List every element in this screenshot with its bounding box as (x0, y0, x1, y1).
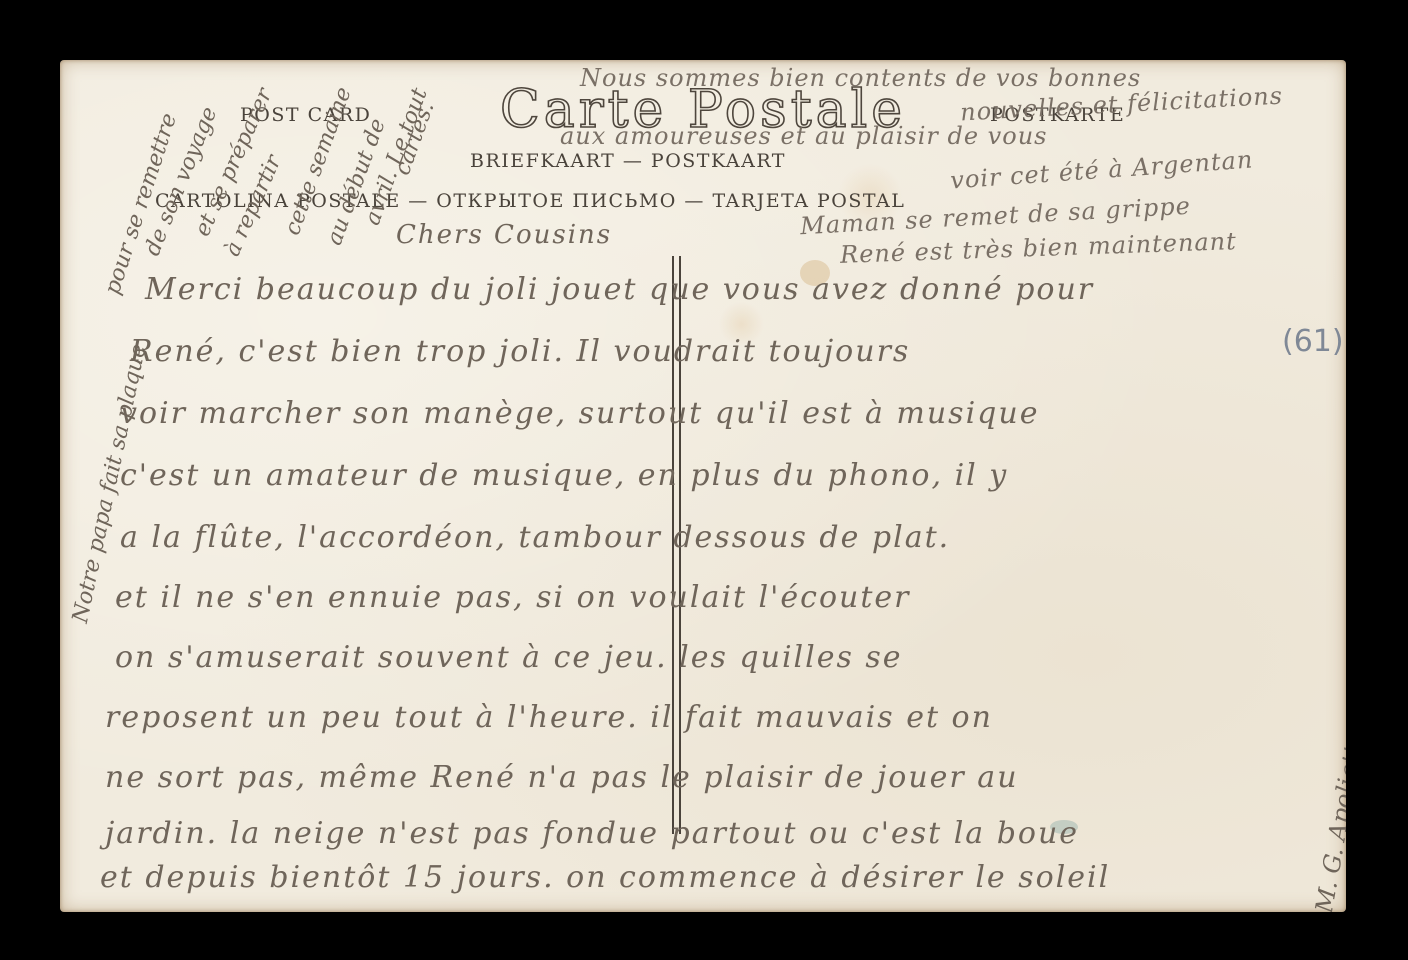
hw-body-line-7: on s'amuserait souvent à ce jeu. les qui… (115, 640, 903, 675)
hw-body-line-6: et il ne s'en ennuie pas, si on voulait … (115, 580, 910, 615)
postcard-back: Carte Postale POST CARD POSTKARTE BRIEFK… (60, 60, 1346, 912)
hw-body-line-5: a la flûte, l'accordéon, tambour dessous… (120, 520, 950, 555)
pencil-annotation: (61) (1282, 324, 1344, 359)
hw-body-line-4: c'est un amateur de musique, en plus du … (120, 458, 1008, 493)
hw-right-margin-signature: M. G. Apoliatte (1310, 729, 1346, 912)
hw-body-line-11: et depuis bientôt 15 jours. on commence … (100, 860, 1110, 895)
hw-body-line-1: Merci beaucoup du joli jouet que vous av… (145, 272, 1094, 307)
hw-top-line-3: aux amoureuses et au plaisir de vous (560, 122, 1047, 150)
hw-body-line-2: René, c'est bien trop joli. Il voudrait … (130, 334, 910, 369)
hw-body-line-3: voir marcher son manège, surtout qu'il e… (120, 396, 1039, 431)
hw-body-line-10: jardin. la neige n'est pas fondue partou… (105, 816, 1079, 851)
printed-briefkaart: BRIEFKAART — POSTKAART (470, 150, 786, 172)
hw-top-line-4: voir cet été à Argentan (949, 145, 1254, 194)
hw-top-line-1: Nous sommes bien contents de vos bonnes (580, 64, 1141, 92)
hw-body-line-9: ne sort pas, même René n'a pas le plaisi… (105, 760, 1019, 795)
hw-salutation: Chers Cousins (396, 220, 612, 250)
hw-body-line-8: reposent un peu tout à l'heure. il fait … (105, 700, 993, 735)
